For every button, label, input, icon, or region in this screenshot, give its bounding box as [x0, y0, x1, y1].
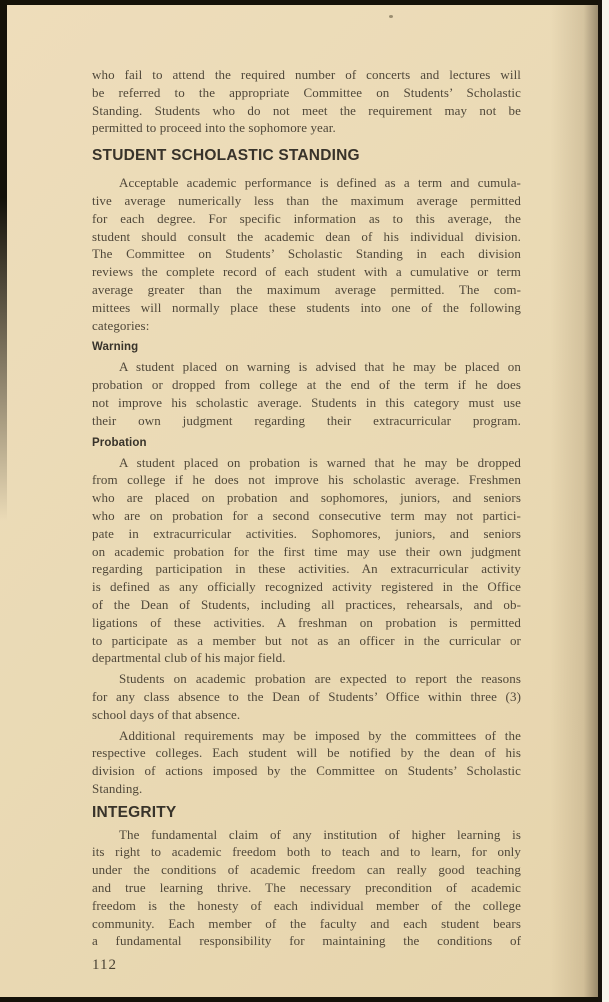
scan-edge-top	[0, 0, 598, 5]
text-line: who are on probation for a second consec…	[92, 507, 521, 525]
text-line: The fundamental claim of any institution…	[92, 826, 521, 844]
text-line: respective colleges. Each student will b…	[92, 744, 521, 762]
scan-edge-left	[0, 0, 7, 521]
text-line: departmental club of his major field.	[92, 649, 521, 667]
text-line: regarding participation in these activit…	[92, 560, 521, 578]
text-line: for any class absence to the Dean of Stu…	[92, 688, 521, 706]
section-heading-integrity: INTEGRITY	[92, 804, 521, 822]
paragraph-additional-requirements: Additional requirements may be imposed b…	[92, 727, 521, 798]
text-line: not improve his scholastic average. Stud…	[92, 394, 521, 412]
text-line: who are placed on probation and sophomor…	[92, 489, 521, 507]
text-line: for each degree. For specific informatio…	[92, 210, 521, 228]
text-line: average greater than the maximum average…	[92, 281, 521, 299]
text-line: reviews the complete record of each stud…	[92, 263, 521, 281]
text-line: Students on academic probation are expec…	[92, 670, 521, 688]
subsection-heading-probation: Probation	[92, 437, 521, 450]
text-line: a fundamental responsibility for maintai…	[92, 932, 521, 950]
subsection-heading-warning: Warning	[92, 341, 521, 354]
text-line: pate in extracurricular activities. Soph…	[92, 525, 521, 543]
scan-edge-white-right	[602, 0, 609, 1002]
paragraph-absence-report: Students on academic probation are expec…	[92, 670, 521, 723]
text-line: school days of that absence.	[92, 706, 521, 724]
paragraph-probation: A student placed on probation is warned …	[92, 454, 521, 668]
text-line: from college if he does not improve his …	[92, 471, 521, 489]
text-line: The Committee on Students’ Scholastic St…	[92, 245, 521, 263]
paragraph-warning: A student placed on warning is advised t…	[92, 358, 521, 429]
text-line: Standing. Students who do not meet the r…	[92, 102, 521, 120]
text-line: Acceptable academic performance is defin…	[92, 174, 521, 192]
section-heading-student-scholastic-standing: STUDENT SCHOLASTIC STANDING	[92, 147, 521, 165]
text-line: student should consult the academic dean…	[92, 228, 521, 246]
paper-speck	[389, 15, 393, 18]
text-line: permitted to proceed into the sophomore …	[92, 119, 521, 137]
paragraph-integrity: The fundamental claim of any institution…	[92, 826, 521, 951]
text-line: is defined as any officially recognized …	[92, 578, 521, 596]
text-line: tive average numerically less than the m…	[92, 192, 521, 210]
text-line: probation or dropped from college at the…	[92, 376, 521, 394]
text-line: their own judgment regarding their extra…	[92, 412, 521, 430]
text-line: freedom is the honesty of each individua…	[92, 897, 521, 915]
text-line: and true learning thrive. The necessary …	[92, 879, 521, 897]
scanned-book-page: who fail to attend the required number o…	[0, 0, 609, 1002]
text-line: of the Dean of Students, including all p…	[92, 596, 521, 614]
text-line: Additional requirements may be imposed b…	[92, 727, 521, 745]
text-line: be referred to the appropriate Committee…	[92, 84, 521, 102]
text-line: categories:	[92, 317, 521, 335]
gutter-shadow	[550, 0, 598, 1002]
paragraph-acceptable-performance: Acceptable academic performance is defin…	[92, 174, 521, 334]
text-line: A student placed on warning is advised t…	[92, 358, 521, 376]
page-content: who fail to attend the required number o…	[92, 66, 521, 975]
text-line: division of actions imposed by the Commi…	[92, 762, 521, 780]
text-line: mittees will normally place these studen…	[92, 299, 521, 317]
paragraph-continuation: who fail to attend the required number o…	[92, 66, 521, 137]
text-line: to participate as a member but not as an…	[92, 632, 521, 650]
text-line: on academic probation for the first time…	[92, 543, 521, 561]
page-number: 112	[92, 956, 521, 975]
text-line: Standing.	[92, 780, 521, 798]
text-line: who fail to attend the required number o…	[92, 66, 521, 84]
scan-edge-bottom	[0, 997, 598, 1002]
text-line: A student placed on probation is warned …	[92, 454, 521, 472]
scan-edge-right	[598, 0, 602, 1002]
text-line: its right to academic freedom both to te…	[92, 843, 521, 861]
text-line: community. Each member of the faculty an…	[92, 915, 521, 933]
text-line: under the conditions of academic freedom…	[92, 861, 521, 879]
text-line: ligations of these activities. A freshma…	[92, 614, 521, 632]
